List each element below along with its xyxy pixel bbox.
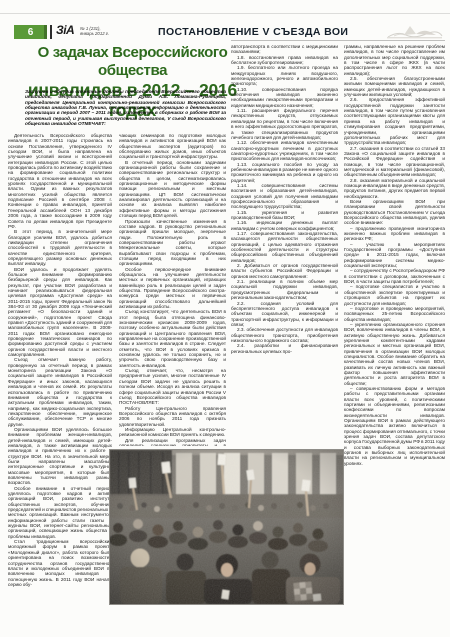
page-number-badge: 6 bbox=[14, 25, 47, 39]
headline-line-1: О задачах Всероссийского общества bbox=[5, 44, 260, 80]
body-paragraph: Организациями ВОИ уделялось большое вним… bbox=[8, 427, 112, 486]
body-paragraph: 2.2. создания условий для беспрепятствен… bbox=[231, 301, 338, 328]
body-paragraph: граммы, направленные на решение проблем … bbox=[344, 44, 445, 76]
text-column-4: граммы, направленные на решение проблем … bbox=[344, 44, 445, 604]
body-paragraph: В отчетный период основными задачами орг… bbox=[119, 160, 226, 219]
body-paragraph: 2.1. реализации в полном объеме мер соци… bbox=[231, 279, 338, 300]
body-paragraph: – сотрудничеству с Роспотребнадзором РФ … bbox=[344, 268, 445, 284]
body-paragraph: Информацию Центральной контрольно-ревизи… bbox=[119, 427, 226, 438]
body-paragraph: – подготовке и проведению мероприятий, п… bbox=[344, 306, 445, 322]
body-paragraph: – участию в мероприятиях Государственной… bbox=[344, 242, 445, 269]
body-paragraph: Всем организациям ВОИ при планировании с… bbox=[344, 199, 445, 226]
text-column-3: автотранспорта в соответствии с медицинс… bbox=[231, 44, 338, 446]
text-column-1: Деятельность Всероссийского общества инв… bbox=[8, 133, 112, 607]
body-paragraph: автотранспорта в соответствии с медицинс… bbox=[231, 44, 338, 55]
body-paragraph: – продолжению проведения мониторинга жиз… bbox=[344, 226, 445, 242]
columns-top-rule bbox=[231, 40, 445, 41]
body-paragraph: Работу Центрального правления Всероссийс… bbox=[119, 406, 226, 427]
body-paragraph: Особое внимание в отчетный период уделял… bbox=[8, 486, 112, 539]
body-paragraph: 2.6. предоставления эффективной государс… bbox=[344, 97, 445, 145]
body-paragraph: 2. Добиваться от органов государственной… bbox=[231, 263, 338, 279]
body-paragraph: Съезд отмечает важную работу, проведенну… bbox=[8, 357, 112, 426]
body-paragraph: – совершенствованию форм и методов работ… bbox=[344, 386, 445, 466]
body-paragraph: ВОИ удалось и продолжает уделять большое… bbox=[8, 267, 112, 358]
text-column-2: чающих семинаров по подготовке молодых и… bbox=[119, 133, 226, 446]
body-paragraph: 1.14. совершенствования системы воспитан… bbox=[231, 183, 338, 210]
body-paragraph: – подготовке специалистов и участию в об… bbox=[344, 284, 445, 305]
top-margin-rule bbox=[0, 13, 450, 14]
body-paragraph: 1.9. бесплатного или льготного проезда н… bbox=[231, 65, 338, 86]
body-paragraph: 1.17. совершенствования законодательства… bbox=[231, 231, 338, 263]
header-ornament-icon bbox=[386, 21, 444, 42]
body-paragraph: 1.15. укрепления и развития производстве… bbox=[231, 210, 338, 221]
article-preamble: Заслушав и обсудив отчетные доклады пред… bbox=[25, 89, 226, 132]
body-paragraph: – укреплению организационного строения В… bbox=[344, 322, 445, 386]
newspaper-logo: ЗіА bbox=[56, 23, 74, 37]
newspaper-page: 6 ЗіА № 1 (231), январь 2012 г. ПОСТАНОВ… bbox=[0, 0, 450, 637]
body-paragraph: Для реализации программных задач определ… bbox=[119, 438, 226, 446]
body-paragraph: Съезд констатирует, что деятельность ВОИ… bbox=[119, 309, 226, 368]
congress-hall-photo bbox=[110, 450, 343, 604]
congress-photo-graphic bbox=[110, 450, 343, 604]
body-paragraph: В этот период, в значительной мере благо… bbox=[8, 229, 112, 266]
body-paragraph: чающих семинаров по подготовке молодых и… bbox=[119, 133, 226, 160]
page-number: 6 bbox=[28, 27, 34, 38]
body-paragraph: 1.11. расширения федерального перечня ле… bbox=[231, 108, 338, 140]
body-paragraph: Съезд отмечает, что, несмотря на предпри… bbox=[119, 368, 226, 405]
body-paragraph: Стал традиционным всероссийский молодежн… bbox=[8, 539, 112, 587]
body-paragraph: 2.7. оказания в соответствии со статьей … bbox=[344, 146, 445, 178]
issue-info: № 1 (231), январь 2012 г. bbox=[80, 26, 114, 36]
body-paragraph: 2.5. обеспечения благоустроенными жилыми… bbox=[344, 76, 445, 97]
body-paragraph: 2.4. разработки и финансирования региона… bbox=[231, 343, 338, 354]
body-paragraph: Особое первоочередное внимание обращалос… bbox=[119, 267, 226, 310]
body-paragraph: 1.8. восстановления права инвалидов на б… bbox=[231, 55, 338, 66]
section-title: ПОСТАНОВЛЕНИЕ V СЪЕЗДА ВОИ bbox=[158, 26, 348, 38]
body-paragraph: 2.3. обеспечения доступности для инвалид… bbox=[231, 327, 338, 343]
issue-date: январь 2012 г. bbox=[80, 31, 114, 36]
body-paragraph: 1.16. индексации денежных выплат инвалид… bbox=[231, 220, 338, 231]
header-divider bbox=[50, 25, 52, 39]
body-paragraph: 1.13. социального пособия по уходу за ре… bbox=[231, 162, 338, 183]
body-paragraph: 1.10. совершенствования порядка обеспече… bbox=[231, 87, 338, 108]
body-paragraph: Деятельность Всероссийского общества инв… bbox=[8, 133, 112, 229]
body-paragraph: 2.8. оказания материальной и социальной … bbox=[344, 178, 445, 199]
body-paragraph: 1.12. обеспечения инвалидов качественным… bbox=[231, 140, 338, 161]
body-paragraph: Произошли качественные изменения в соста… bbox=[119, 219, 226, 267]
